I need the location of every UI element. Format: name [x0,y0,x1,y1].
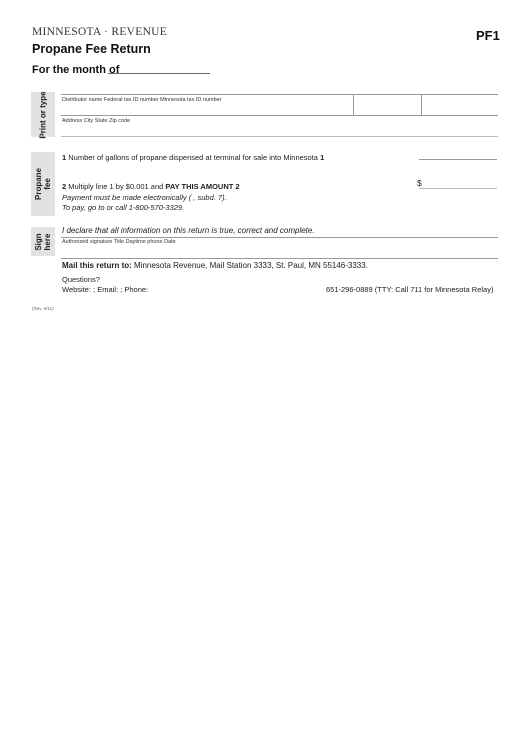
tab-propane-label: Propanefee [34,168,52,200]
agency-logo: MINNESOTA · REVENUE [32,26,167,38]
tab-sign-word: Sign [34,233,43,250]
line2-pay-label: PAY THIS AMOUNT 2 [165,182,239,191]
distributor-name-field[interactable] [62,104,350,114]
month-field[interactable] [108,63,210,73]
divider [61,237,498,238]
line1-gallons-field[interactable] [419,149,497,159]
declaration-text: I declare that all information on this r… [62,226,315,235]
payment-instructions: To pay, go to or call 1-800-570-3329. [62,203,184,212]
row2-label: Address City State Zip code [62,118,130,124]
currency-sign: $ [417,178,422,188]
divider [353,94,354,115]
contact-info: Website: ; Email: ; Phone: [62,285,148,294]
tab-propane-word: Propane [34,168,43,200]
signature-labels: Authorized signature Title Daytime phone… [62,239,176,245]
tab-fee-word: fee [43,168,52,200]
tab-print-or-type: Print or type [31,92,55,137]
payment-note: Payment must be made electronically ( , … [62,193,227,202]
line2-answer-line [419,188,497,189]
line1: 1 Number of gallons of propane dispensed… [62,153,324,162]
mail-instructions: Mail this return to: Minnesota Revenue, … [62,261,368,270]
divider [61,94,498,95]
month-label: For the month of [32,64,119,76]
line1-text: Number of gallons of propane dispensed a… [66,153,320,162]
phone-info: 651-296-0889 (TTY: Call 711 for Minnesot… [326,285,493,294]
month-line [108,73,210,74]
mail-address: Minnesota Revenue, Mail Station 3333, St… [132,261,368,270]
address-field[interactable] [62,125,496,135]
federal-tax-id-field[interactable] [356,96,418,114]
tab-sign-label: Signhere [34,233,52,250]
divider [421,94,422,115]
revision-date: (Rev. 6/11) [32,306,54,311]
line1-answer-line [419,159,497,160]
signature-field[interactable] [62,246,496,256]
tab-propane-fee: Propanefee [31,152,55,216]
mail-label: Mail this return to: [62,261,132,270]
form-id: PF1 [476,28,500,43]
tab-print-label: Print or type [39,91,48,138]
line2: 2 Multiply line 1 by $0.001 and PAY THIS… [62,182,240,191]
line2-amount-field[interactable] [425,178,497,188]
divider [61,258,498,259]
line1-end-number: 1 [320,153,324,162]
questions-heading: Questions? [62,275,100,284]
form-title: Propane Fee Return [32,42,151,56]
tab-sign-here: Signhere [31,227,55,256]
tab-here-word: here [43,233,52,250]
row1-label: Distributor name Federal tax ID number M… [62,97,222,103]
line2-text: Multiply line 1 by $0.001 and [66,182,165,191]
minnesota-tax-id-field[interactable] [424,96,496,114]
divider [61,115,498,116]
divider [61,136,498,137]
